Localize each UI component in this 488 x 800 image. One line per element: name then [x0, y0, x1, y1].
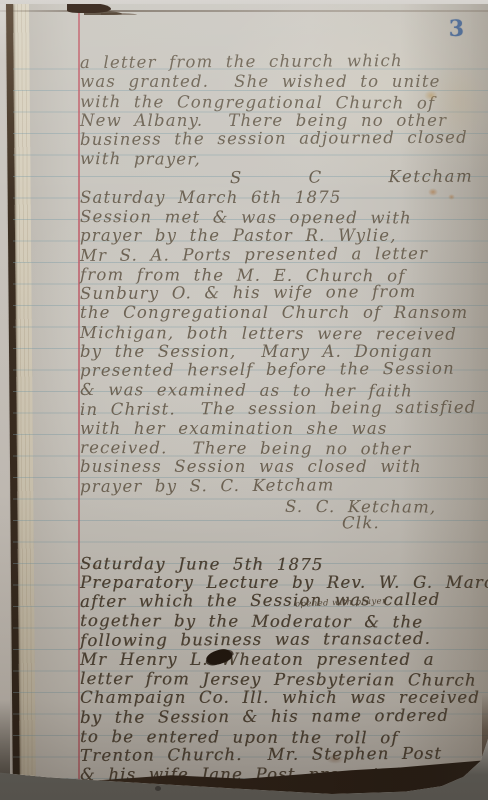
stain: [92, 564, 98, 569]
handwritten-line: after which the Session was called: [80, 590, 486, 612]
stain: [428, 188, 438, 196]
handwritten-line: [80, 534, 486, 553]
handwritten-line: letter from Jersey Presbyterian Church: [80, 669, 486, 690]
handwritten-line: Mr S. A. Ports presented a letter: [80, 243, 486, 265]
handwritten-line: Mr Henry L. Wheaton presented a: [80, 650, 486, 669]
handwritten-line: Saturday March 6th 1875: [80, 188, 486, 207]
handwritten-line: a letter from the church which: [80, 51, 486, 73]
handwritten-line: by the Session & his name ordered: [80, 705, 486, 727]
handwritten-line: Saturday June 5th 1875: [80, 554, 486, 575]
handwritten-line: presented herself before the Session: [80, 359, 486, 381]
handwritten-line: Sunbury O. & his wife one from: [80, 282, 486, 304]
handwritten-line: the Congregational Church of Ransom: [80, 303, 486, 322]
handwritten-line: following business was transacted.: [80, 628, 486, 650]
scanned-ledger-photo: { "page": { "number": "3" }, "colors": {…: [0, 0, 488, 800]
handwritten-line: received. There being no other: [80, 438, 486, 459]
ledger-page: 3 a letter from the church whichwas gran…: [0, 4, 488, 794]
binding-remnant-blob: [67, 3, 111, 13]
handwritten-line: S C Ketcham Clk: [80, 166, 486, 188]
handwritten-line: Michigan, both letters were received: [80, 323, 486, 344]
handwritten-line: Trenton Church. Mr. Stephen Post: [80, 744, 486, 766]
backdrop-speck: [155, 786, 161, 791]
handwritten-line: business the session adjourned closed: [80, 128, 486, 150]
stain: [430, 59, 488, 144]
stain: [326, 754, 344, 764]
handwritten-line: prayer by the Pastor R. Wylie,: [80, 226, 486, 245]
handwritten-line: was granted. She wished to unite: [80, 72, 486, 91]
worn-right-edge: [482, 694, 488, 784]
stain: [448, 194, 455, 200]
handwritten-line: Clk.: [80, 513, 486, 535]
handwritten-line: Champaign Co. Ill. which was received: [80, 688, 486, 707]
handwritten-line: Session met & was opened with: [80, 207, 486, 228]
handwritten-line: with her examination she was: [80, 419, 486, 438]
handwritten-line: prayer by S. C. Ketcham: [80, 474, 486, 496]
page-number: 3: [449, 16, 464, 42]
handwritten-line: business Session was closed with: [80, 457, 486, 476]
handwriting-layer: a letter from the church whichwas grante…: [80, 53, 486, 785]
handwritten-line: in Christ. The session being satisfied: [80, 397, 486, 419]
